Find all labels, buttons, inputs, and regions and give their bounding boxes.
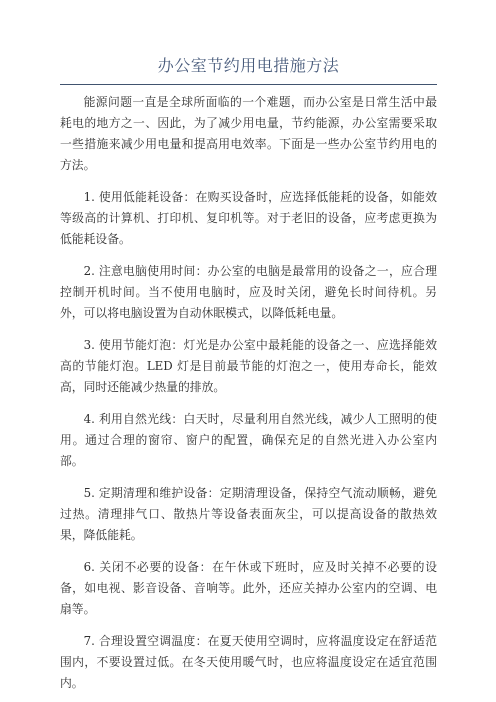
document-page: 办公室节约用电措施方法 能源问题一直是全球所面临的一个难题，而办公室是日常生活中… <box>0 0 496 702</box>
paragraph-item-3: 3. 使用节能灯泡：灯光是办公室中最耗能的设备之一、应选择能效高的节能灯泡。LE… <box>60 335 437 398</box>
document-body: 能源问题一直是全球所面临的一个难题，而办公室是日常生活中最耗电的地方之一、因此，… <box>60 92 437 694</box>
paragraph-item-5: 5. 定期清理和维护设备：定期清理设备，保持空气流动顺畅，避免过热。清理排气口、… <box>60 483 437 546</box>
document-title: 办公室节约用电措施方法 <box>60 54 437 77</box>
paragraph-intro: 能源问题一直是全球所面临的一个难题，而办公室是日常生活中最耗电的地方之一、因此，… <box>60 92 437 176</box>
paragraph-item-2: 2. 注意电脑使用时间：办公室的电脑是最常用的设备之一，应合理控制开机时间。当不… <box>60 261 437 324</box>
paragraph-item-4: 4. 利用自然光线：白天时，尽量利用自然光线，减少人工照明的使用。通过合理的窗帘… <box>60 409 437 472</box>
paragraph-item-7: 7. 合理设置空调温度：在夏天使用空调时，应将温度设定在舒适范围内，不要设置过低… <box>60 631 437 694</box>
paragraph-item-6: 6. 关闭不必要的设备：在午休或下班时，应及时关掉不必要的设备，如电视、影音设备… <box>60 557 437 620</box>
paragraph-item-1: 1. 使用低能耗设备：在购买设备时，应选择低能耗的设备，如能效等级高的计算机、打… <box>60 187 437 250</box>
title-divider <box>60 84 437 85</box>
